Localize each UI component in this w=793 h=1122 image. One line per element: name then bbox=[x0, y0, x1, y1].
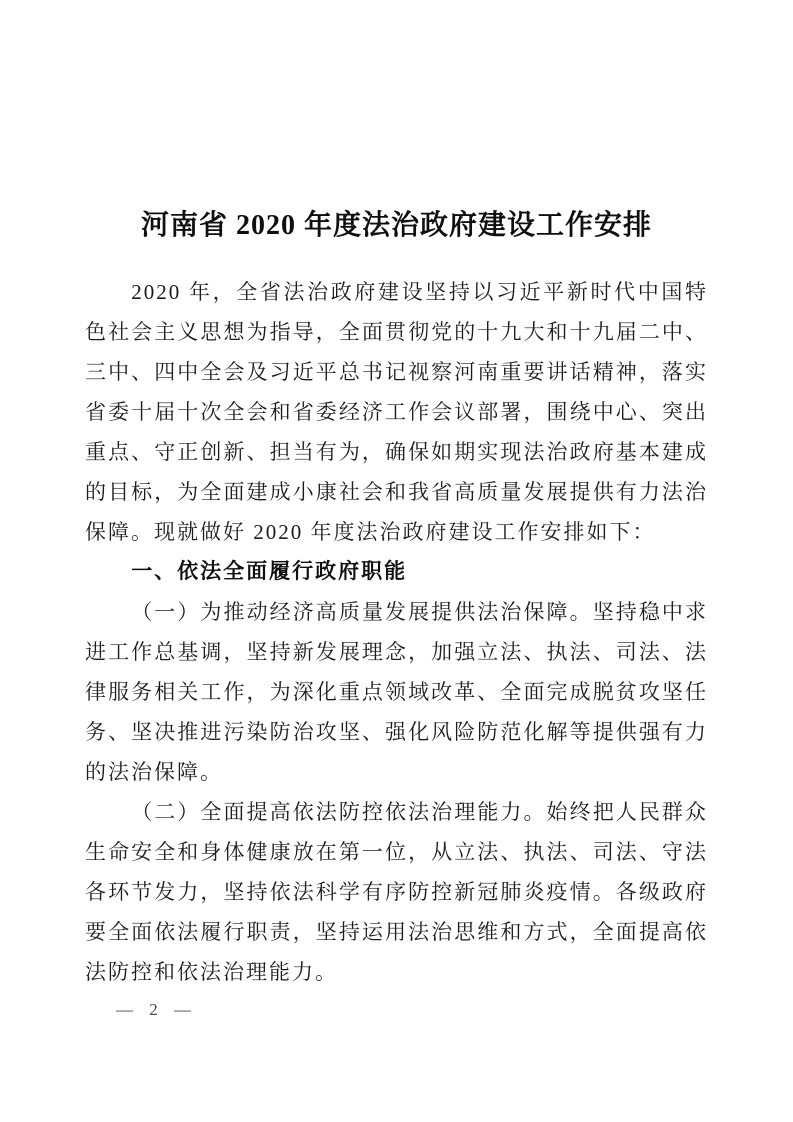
document-body: 2020 年，全省法治政府建设坚持以习近平新时代中国特色社会主义思想为指导，全面… bbox=[85, 272, 708, 992]
section-heading: 一、依法全面履行政府职能 bbox=[85, 552, 708, 592]
section-paragraph-1: （一）为推动经济高质量发展提供法治保障。坚持稳中求进工作总基调，坚持新发展理念，… bbox=[85, 592, 708, 792]
document-page: 河南省 2020 年度法治政府建设工作安排 2020 年，全省法治政府建设坚持以… bbox=[0, 0, 793, 1122]
intro-paragraph: 2020 年，全省法治政府建设坚持以习近平新时代中国特色社会主义思想为指导，全面… bbox=[85, 272, 708, 552]
page-number: — 2 — bbox=[116, 998, 197, 1022]
document-title: 河南省 2020 年度法治政府建设工作安排 bbox=[0, 204, 793, 248]
section-paragraph-2: （二）全面提高依法防控依法治理能力。始终把人民群众生命安全和身体健康放在第一位，… bbox=[85, 792, 708, 992]
